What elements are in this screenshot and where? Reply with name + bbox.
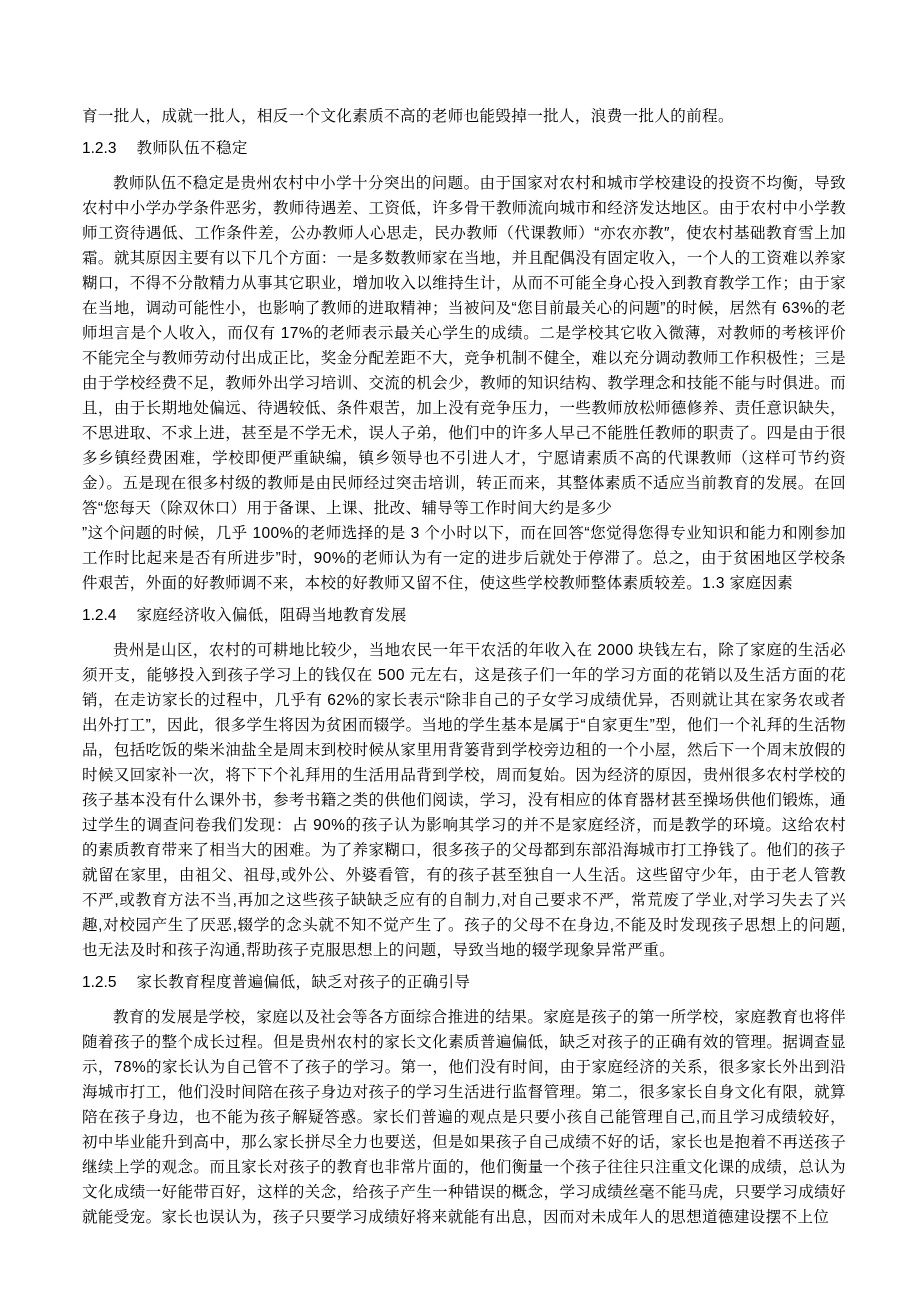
paragraph: 教师队伍不稳定是贵州农村中小学十分突出的问题。由于国家对农村和城市学校建设的投资… (82, 171, 846, 596)
paragraph-text: 贵州是山区，农村的可耕地比较少，当地农民一年干农活的年收入在 2000 块钱左右… (82, 642, 846, 959)
paragraph-text: 教师队伍不稳定是贵州农村中小学十分突出的问题。由于国家对农村和城市学校建设的投资… (82, 175, 846, 517)
paragraph-text: ”这个问题的时候，几乎 100%的老师选择的是 3 个小时以下，而在回答“您觉得… (82, 525, 846, 592)
section-title: 家长教育程度普遍偏低，缺乏对孩子的正确引导 (136, 974, 470, 991)
paragraph: 教育的发展是学校，家庭以及社会等各方面综合推进的结果。家庭是孩子的第一所学校，家… (82, 1005, 846, 1230)
paragraph-text: 教育的发展是学校，家庭以及社会等各方面综合推进的结果。家庭是孩子的第一所学校，家… (82, 1009, 846, 1226)
section-heading-1-2-5: 1.2.5家长教育程度普遍偏低，缺乏对孩子的正确引导 (82, 970, 846, 995)
section-number: 1.2.3 (82, 136, 136, 161)
section-heading-1-2-3: 1.2.3教师队伍不稳定 (82, 136, 846, 161)
section-title: 家庭经济收入偏低，阻碍当地教育发展 (136, 607, 406, 624)
section-heading-1-2-4: 1.2.4家庭经济收入偏低，阻碍当地教育发展 (82, 603, 846, 628)
section-title: 教师队伍不稳定 (136, 140, 247, 157)
section-number: 1.2.4 (82, 603, 136, 628)
document-body: 育一批人，成就一批人，相反一个文化素质不高的老师也能毁掉一批人，浪费一批人的前程… (0, 0, 920, 1230)
section-number: 1.2.5 (82, 970, 136, 995)
document-page: 育一批人，成就一批人，相反一个文化素质不高的老师也能毁掉一批人，浪费一批人的前程… (0, 0, 920, 1301)
paragraph: 贵州是山区，农村的可耕地比较少，当地农民一年干农活的年收入在 2000 块钱左右… (82, 638, 846, 963)
paragraph-text: 育一批人，成就一批人，相反一个文化素质不高的老师也能毁掉一批人，浪费一批人的前程… (82, 108, 734, 125)
paragraph: 育一批人，成就一批人，相反一个文化素质不高的老师也能毁掉一批人，浪费一批人的前程… (82, 104, 846, 129)
